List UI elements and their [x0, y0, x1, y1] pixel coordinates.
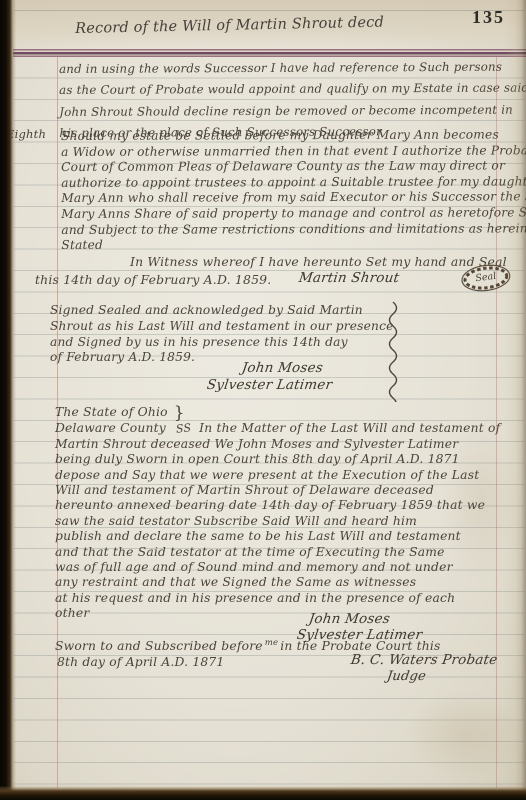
eighth-clause-line: authorize to appoint trustees to appoint… — [61, 174, 526, 191]
left-book-edge — [0, 0, 16, 800]
eighth-clause-line: and Subject to the Same restrictions con… — [61, 221, 526, 238]
will-continuation-line: John Shrout Should decline resign be rem… — [59, 99, 526, 123]
witness-signature-john-moses: John Moses — [241, 360, 324, 376]
eighth-clause-line: Court of Common Pleas of Delaware County… — [61, 158, 526, 175]
eighth-clause-line: Should my estate be Settled before my Da… — [61, 127, 526, 144]
probate-affidavit-line: publish and declare the same to be his L… — [55, 529, 500, 544]
jurat-line: Sworn to and Subscribed beforemein the P… — [55, 639, 441, 653]
attestation-line: of February A.D. 1859. — [50, 350, 394, 366]
judge-signature: B. C. Waters Probate — [350, 652, 499, 668]
probate-affidavit-line: and that the Said testator at the time o… — [55, 545, 500, 560]
eighth-clause-line: a Widow or otherwise unmarried then in t… — [61, 143, 526, 160]
eighth-clause-line: Mary Anns Share of said property to mana… — [61, 205, 526, 222]
probate-affidavit-line: was of full age and of Sound mind and me… — [55, 560, 500, 575]
probate-county-line: Delaware CountySSIn the Matter of the La… — [55, 421, 500, 436]
insertion-me: me — [265, 638, 279, 648]
probate-state-line: The State of Ohio} — [55, 405, 500, 421]
double-head-rule — [13, 49, 526, 57]
probate-affidavit-line: depose and Say that we were present at t… — [55, 468, 500, 483]
probate-affidavit-line: saw the said testator Subscribe Said Wil… — [55, 514, 500, 529]
probate-affidavit-line: hereunto annexed bearing date 14th day o… — [55, 498, 500, 513]
jurat-left-text: Sworn to and Subscribed before — [55, 639, 263, 653]
probate-affidavit-line: Martin Shrout deceased We John Moses and… — [55, 437, 500, 452]
page-right-edge-shade — [504, 0, 526, 800]
jurat-date-line: 8th day of April A.D. 1871 — [57, 655, 224, 669]
page-number: 135 — [472, 7, 505, 28]
probate-affidavit-line: any restraint and that we Signed the Sam… — [55, 575, 500, 590]
will-continuation-line: as the Court of Probate would appoint an… — [59, 78, 526, 102]
testimonium-line: In Witness whereof I have hereunto Set m… — [130, 254, 507, 269]
attestation-line: Signed Sealed and acknowledged by Said M… — [50, 303, 394, 319]
probate-affidavit-line: Will and testament of Martin Shrout of D… — [55, 483, 500, 498]
attestation-brace-squiggle — [384, 300, 402, 406]
probate-affidavit-line: other — [55, 606, 500, 621]
testator-signature: Martin Shrout — [298, 270, 401, 286]
eighth-clause-paragraph: Should my estate be Settled before my Da… — [61, 127, 526, 254]
attestation-line: and Signed by us in his presence this 14… — [50, 335, 394, 351]
eighth-clause-line: Stated — [61, 236, 526, 253]
testimonium-date-line: this 14th day of February A.D. 1859. — [35, 272, 271, 287]
eighth-clause-line: Mary Ann who shall receive from my said … — [61, 190, 526, 207]
jurat-right-text: in the Probate Court this — [280, 639, 440, 653]
probate-affidavit-line: at his request and in his presence and i… — [55, 591, 500, 606]
top-ruled-line — [14, 10, 524, 11]
attestation-line: Shrout as his Last Will and testament in… — [50, 319, 394, 335]
probate-state-text: The State of Ohio — [55, 405, 168, 419]
witness-signature-john-moses: John Moses — [308, 611, 391, 627]
judge-title: Judge — [386, 669, 427, 684]
probate-affidavit: The State of Ohio} Delaware CountySSIn t… — [55, 405, 500, 622]
probate-affidavit-line: being duly Sworn in open Court this 8th … — [55, 452, 500, 467]
probate-county-text: Delaware County — [55, 421, 166, 435]
will-continuation-line: and in using the words Successor I have … — [59, 57, 526, 81]
probate-ss-mark: SS — [175, 421, 192, 438]
witness-signature-sylvester-latimer: Sylvester Latimer — [206, 377, 334, 393]
probate-affidavit-line: In the Matter of the Last Will and testa… — [199, 421, 500, 435]
ledger-page-scan: 135 Record of the Will of Martin Shrout … — [0, 0, 526, 800]
attestation-paragraph: Signed Sealed and acknowledged by Said M… — [50, 303, 394, 366]
bottom-book-edge — [0, 786, 526, 800]
